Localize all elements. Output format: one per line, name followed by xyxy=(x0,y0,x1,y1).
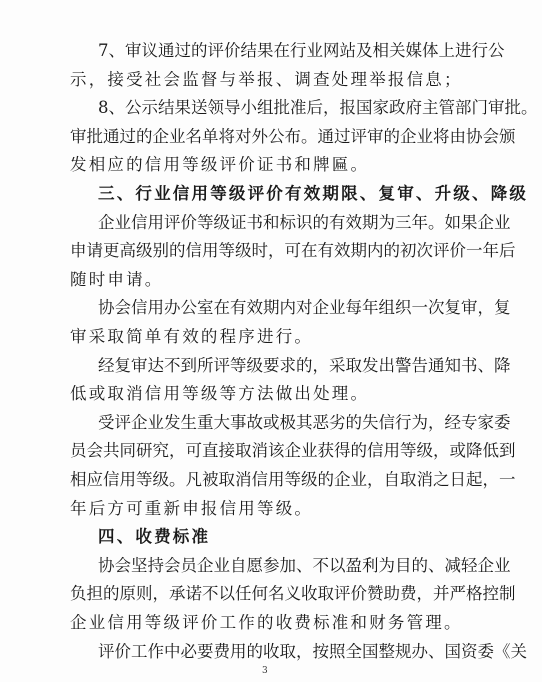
text-line: 员会共同研究，可直接取消该企业获得的信用等级，或降低到 xyxy=(70,441,448,461)
section-heading: 三、行业信用等级评价有效期限、复审、升级、降级 xyxy=(98,184,448,204)
text-line: 经复审达不到所评等级要求的，采取发出警告通知书、降 xyxy=(98,356,448,376)
section-heading: 四、收费标准 xyxy=(98,527,448,547)
text-line: 8、公示结果送领导小组批准后，报国家政府主管部门审批。 xyxy=(98,98,448,118)
text-line: 审批通过的企业名单将对外公布。通过评审的企业将由协会颁 xyxy=(70,127,448,147)
text-line: 7、审议通过的评价结果在行业网站及相关媒体上进行公 xyxy=(98,41,448,61)
text-line: 协会坚持会员企业自愿参加、不以盈利为目的、减轻企业 xyxy=(98,556,448,576)
page-number: 3 xyxy=(262,666,268,676)
text-line: 示，接受社会监督与举报、调查处理举报信息； xyxy=(70,70,448,90)
text-line: 发相应的信用等级评价证书和牌匾。 xyxy=(70,155,448,175)
text-line: 负担的原则，承诺不以任何名义收取评价赞助费，并严格控制 xyxy=(70,584,448,604)
text-line: 受评企业发生重大事故或极其恶劣的失信行为，经专家委 xyxy=(98,413,448,433)
text-line: 相应信用等级。凡被取消信用等级的企业，自取消之日起，一 xyxy=(70,470,448,490)
document-page: 7、审议通过的评价结果在行业网站及相关媒体上进行公示，接受社会监督与举报、调查处… xyxy=(0,0,542,682)
text-line: 年后方可重新申报信用等级。 xyxy=(70,499,448,519)
text-line: 低或取消信用等级等方法做出处理。 xyxy=(70,384,448,404)
text-line: 企业信用等级评价工作的收费标准和财务管理。 xyxy=(70,613,448,633)
text-line: 随时申请。 xyxy=(70,270,448,290)
text-line: 申请更高级别的信用等级时，可在有效期内的初次评价一年后 xyxy=(70,241,448,261)
text-line: 审采取简单有效的程序进行。 xyxy=(70,327,448,347)
text-line: 评价工作中必要费用的收取，按照全国整规办、国资委《关 xyxy=(98,642,448,662)
text-line: 协会信用办公室在有效期内对企业每年组织一次复审，复 xyxy=(98,298,448,318)
text-line: 企业信用评价等级证书和标识的有效期为三年。如果企业 xyxy=(98,213,448,233)
